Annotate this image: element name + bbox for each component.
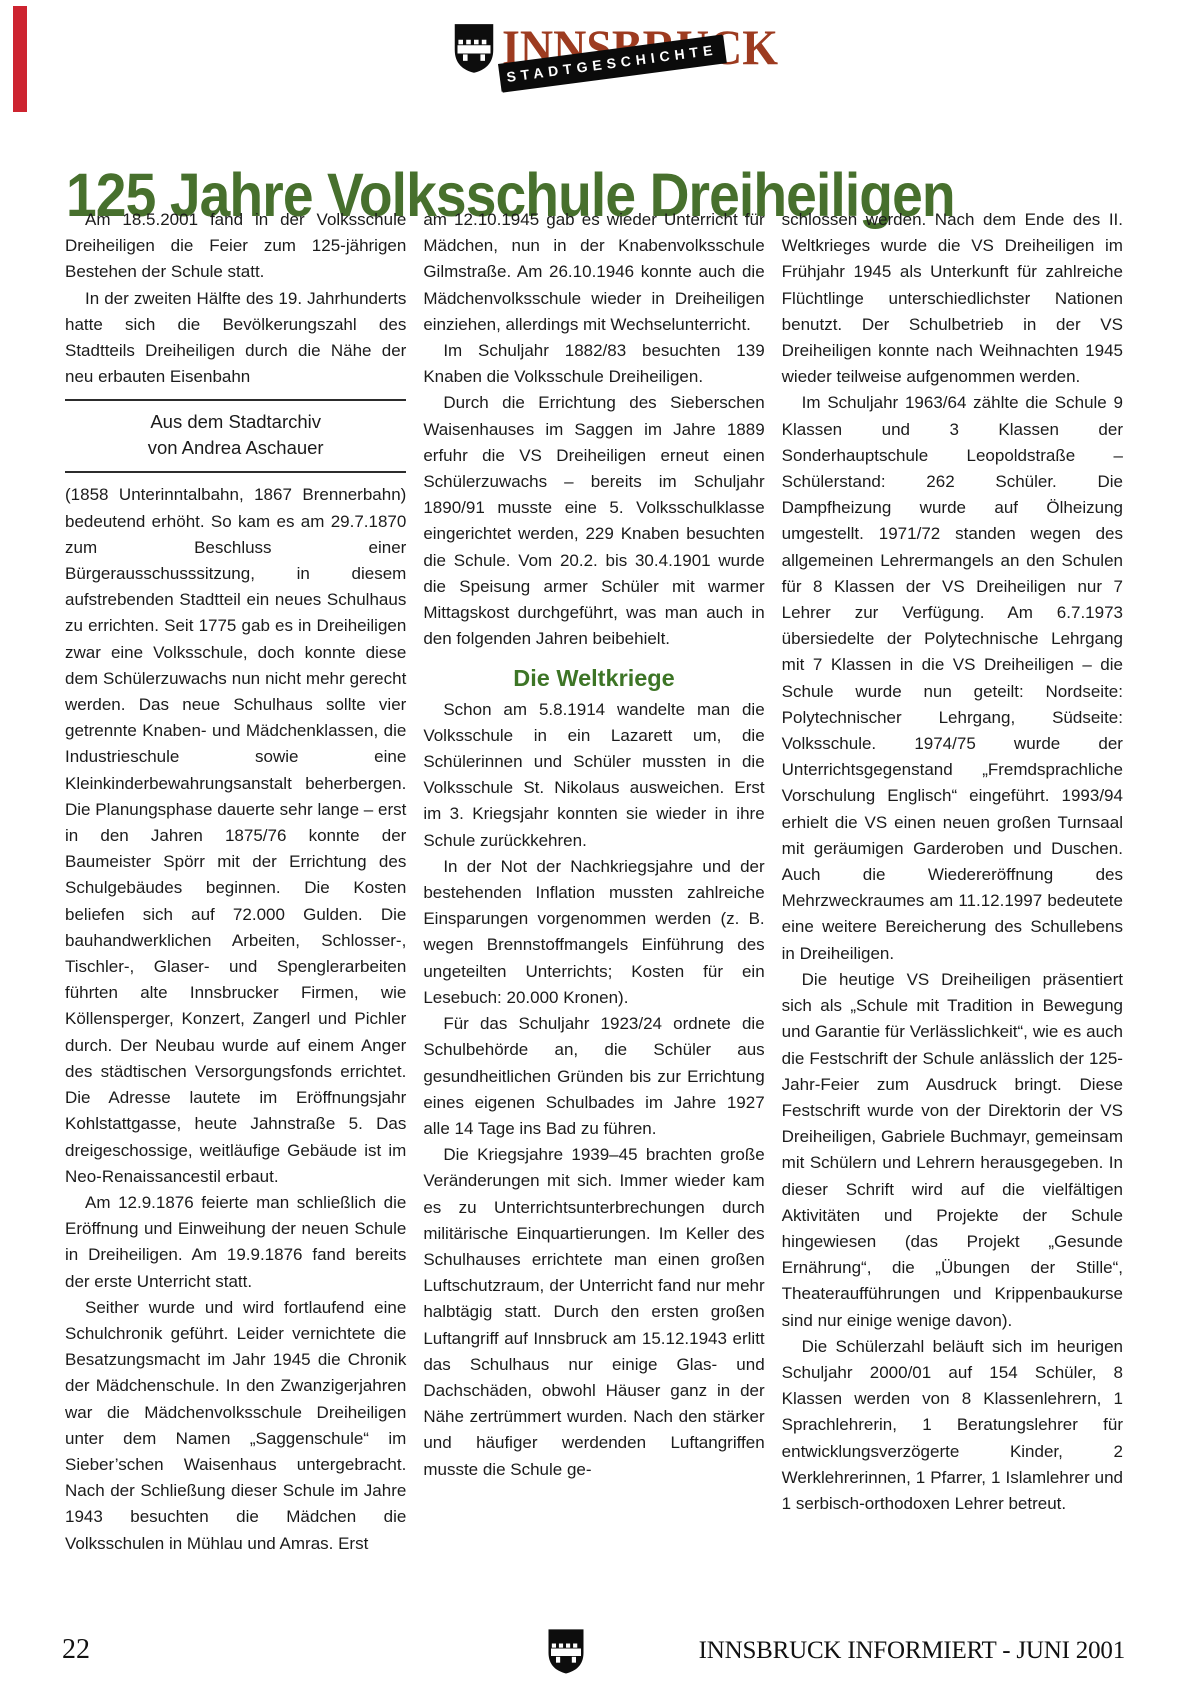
innsbruck-coat-of-arms-icon xyxy=(452,22,496,74)
article-columns: Am 18.5.2001 fand in der Volksschule Dre… xyxy=(65,207,1123,1559)
section-heading: Die Weltkriege xyxy=(423,665,764,691)
paragraph: Am 12.9.1876 feierte man schließlich die… xyxy=(65,1190,406,1295)
byline-line2: von Andrea Aschauer xyxy=(65,435,406,461)
paragraph: In der zweiten Hälfte des 19. Jahrhunder… xyxy=(65,286,406,391)
column-2: am 12.10.1945 gab es wieder Unterricht f… xyxy=(423,207,764,1559)
red-accent-bar xyxy=(13,6,27,112)
paragraph: Die Schülerzahl beläuft sich im heurigen… xyxy=(782,1334,1123,1517)
paragraph: am 12.10.1945 gab es wieder Unterricht f… xyxy=(423,207,764,338)
paragraph: Seither wurde und wird fortlaufend eine … xyxy=(65,1295,406,1557)
byline-line1: Aus dem Stadtarchiv xyxy=(65,409,406,435)
paragraph: Am 18.5.2001 fand in der Volksschule Dre… xyxy=(65,207,406,286)
footer-coat-of-arms-icon xyxy=(546,1626,586,1676)
column-3: schlossen werden. Nach dem Ende des II. … xyxy=(782,207,1123,1559)
paragraph: Für das Schuljahr 1923/24 ordnete die Sc… xyxy=(423,1011,764,1142)
column-1: Am 18.5.2001 fand in der Volksschule Dre… xyxy=(65,207,406,1559)
byline-box: Aus dem Stadtarchiv von Andrea Aschauer xyxy=(65,399,406,473)
header-logo: INNSBRUCK STADTGESCHICHTE xyxy=(450,12,780,112)
paragraph: Im Schuljahr 1963/64 zählte die Schule 9… xyxy=(782,390,1123,966)
magazine-page: INNSBRUCK STADTGESCHICHTE 125 Jahre Volk… xyxy=(0,0,1189,1691)
paragraph: Die Kriegsjahre 1939–45 brachten große V… xyxy=(423,1142,764,1483)
paragraph: Durch die Errichtung des Sieberschen Wai… xyxy=(423,390,764,652)
paragraph: (1858 Unterinntalbahn, 1867 Brennerbahn)… xyxy=(65,482,406,1189)
page-number: 22 xyxy=(62,1634,90,1666)
journal-title: INNSBRUCK INFORMIERT - JUNI 2001 xyxy=(699,1637,1125,1665)
paragraph: Die heutige VS Dreiheiligen präsentiert … xyxy=(782,967,1123,1334)
paragraph: Im Schuljahr 1882/83 besuchten 139 Knabe… xyxy=(423,338,764,390)
paragraph: In der Not der Nachkriegsjahre und der b… xyxy=(423,854,764,1011)
paragraph: schlossen werden. Nach dem Ende des II. … xyxy=(782,207,1123,390)
paragraph: Schon am 5.8.1914 wandelte man die Volks… xyxy=(423,697,764,854)
